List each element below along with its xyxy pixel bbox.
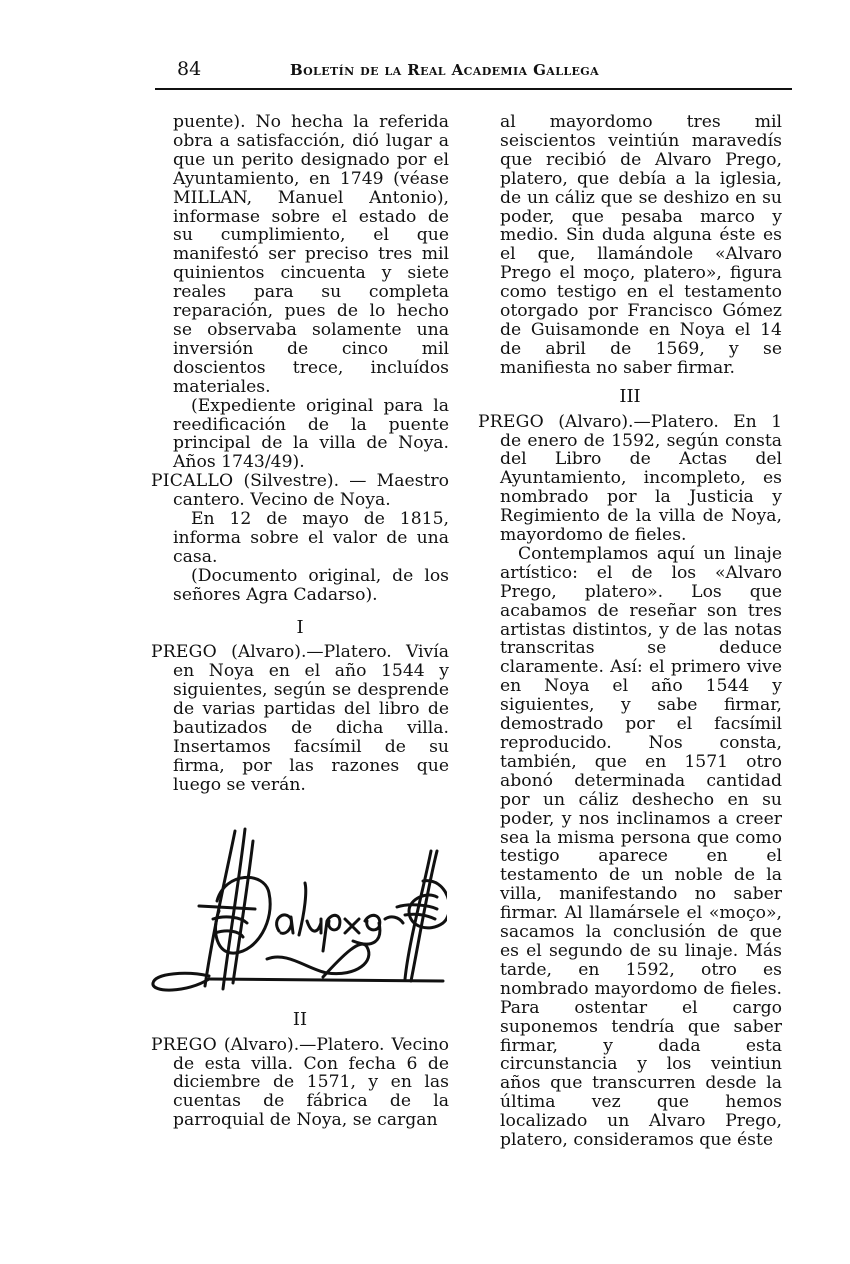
continuation-paragraph: puente). No hecha la referida obra a sat… [151,113,449,397]
left-column: puente). No hecha la referida obra a sat… [151,113,449,1130]
entry-body: —Platero. En 1 de enero de 1592, según c… [500,412,782,545]
entry-name: PREGO [478,412,544,432]
entry-prego-i: PREGO (Alvaro).—Platero. Vivía en Noya e… [151,643,449,794]
entry-name: PREGO [151,1035,217,1055]
entry-given-name: (Alvaro). [224,1035,299,1055]
document-page: 84 Boletín de la Real Academia Gallega p… [0,0,850,1264]
right-column: al mayordomo tres mil seiscientos veinti… [478,113,782,1150]
entry-name: PREGO [151,642,217,662]
entry-given-name: (Silvestre). [243,471,339,491]
section-numeral-i: I [151,619,449,638]
signature-facsimile-icon [147,811,447,1001]
journal-title: Boletín de la Real Academia Gallega [290,61,599,79]
entry-body: En 12 de mayo de 1815, informa sobre el … [151,510,449,567]
continuation-source: (Expediente original para la reedificaci… [151,397,449,473]
section-numeral-iii: III [478,388,782,407]
entry-given-name: (Alvaro). [558,412,633,432]
running-head: 84 Boletín de la Real Academia Gallega [152,58,792,88]
entry-body: —Platero. Vivía en Noya en el año 1544 y… [173,642,449,794]
header-rule [155,88,792,90]
commentary-paragraph: Contemplamos aquí un linaje artístico: e… [478,545,782,1150]
entry-prego-ii-continuation: al mayordomo tres mil seiscientos veinti… [478,113,782,378]
entry-source: (Documento original, de los señores Agra… [151,567,449,605]
entry-prego-iii: PREGO (Alvaro).—Platero. En 1 de enero d… [478,413,782,545]
entry-picallo: PICALLO (Silvestre). — Maestro cantero. … [151,472,449,510]
entry-name: PICALLO [151,471,233,491]
entry-prego-ii: PREGO (Alvaro).—Platero. Vecino de esta … [151,1036,449,1131]
section-numeral-ii: II [151,1011,449,1030]
entry-given-name: (Alvaro). [231,642,306,662]
page-number: 84 [177,58,201,80]
